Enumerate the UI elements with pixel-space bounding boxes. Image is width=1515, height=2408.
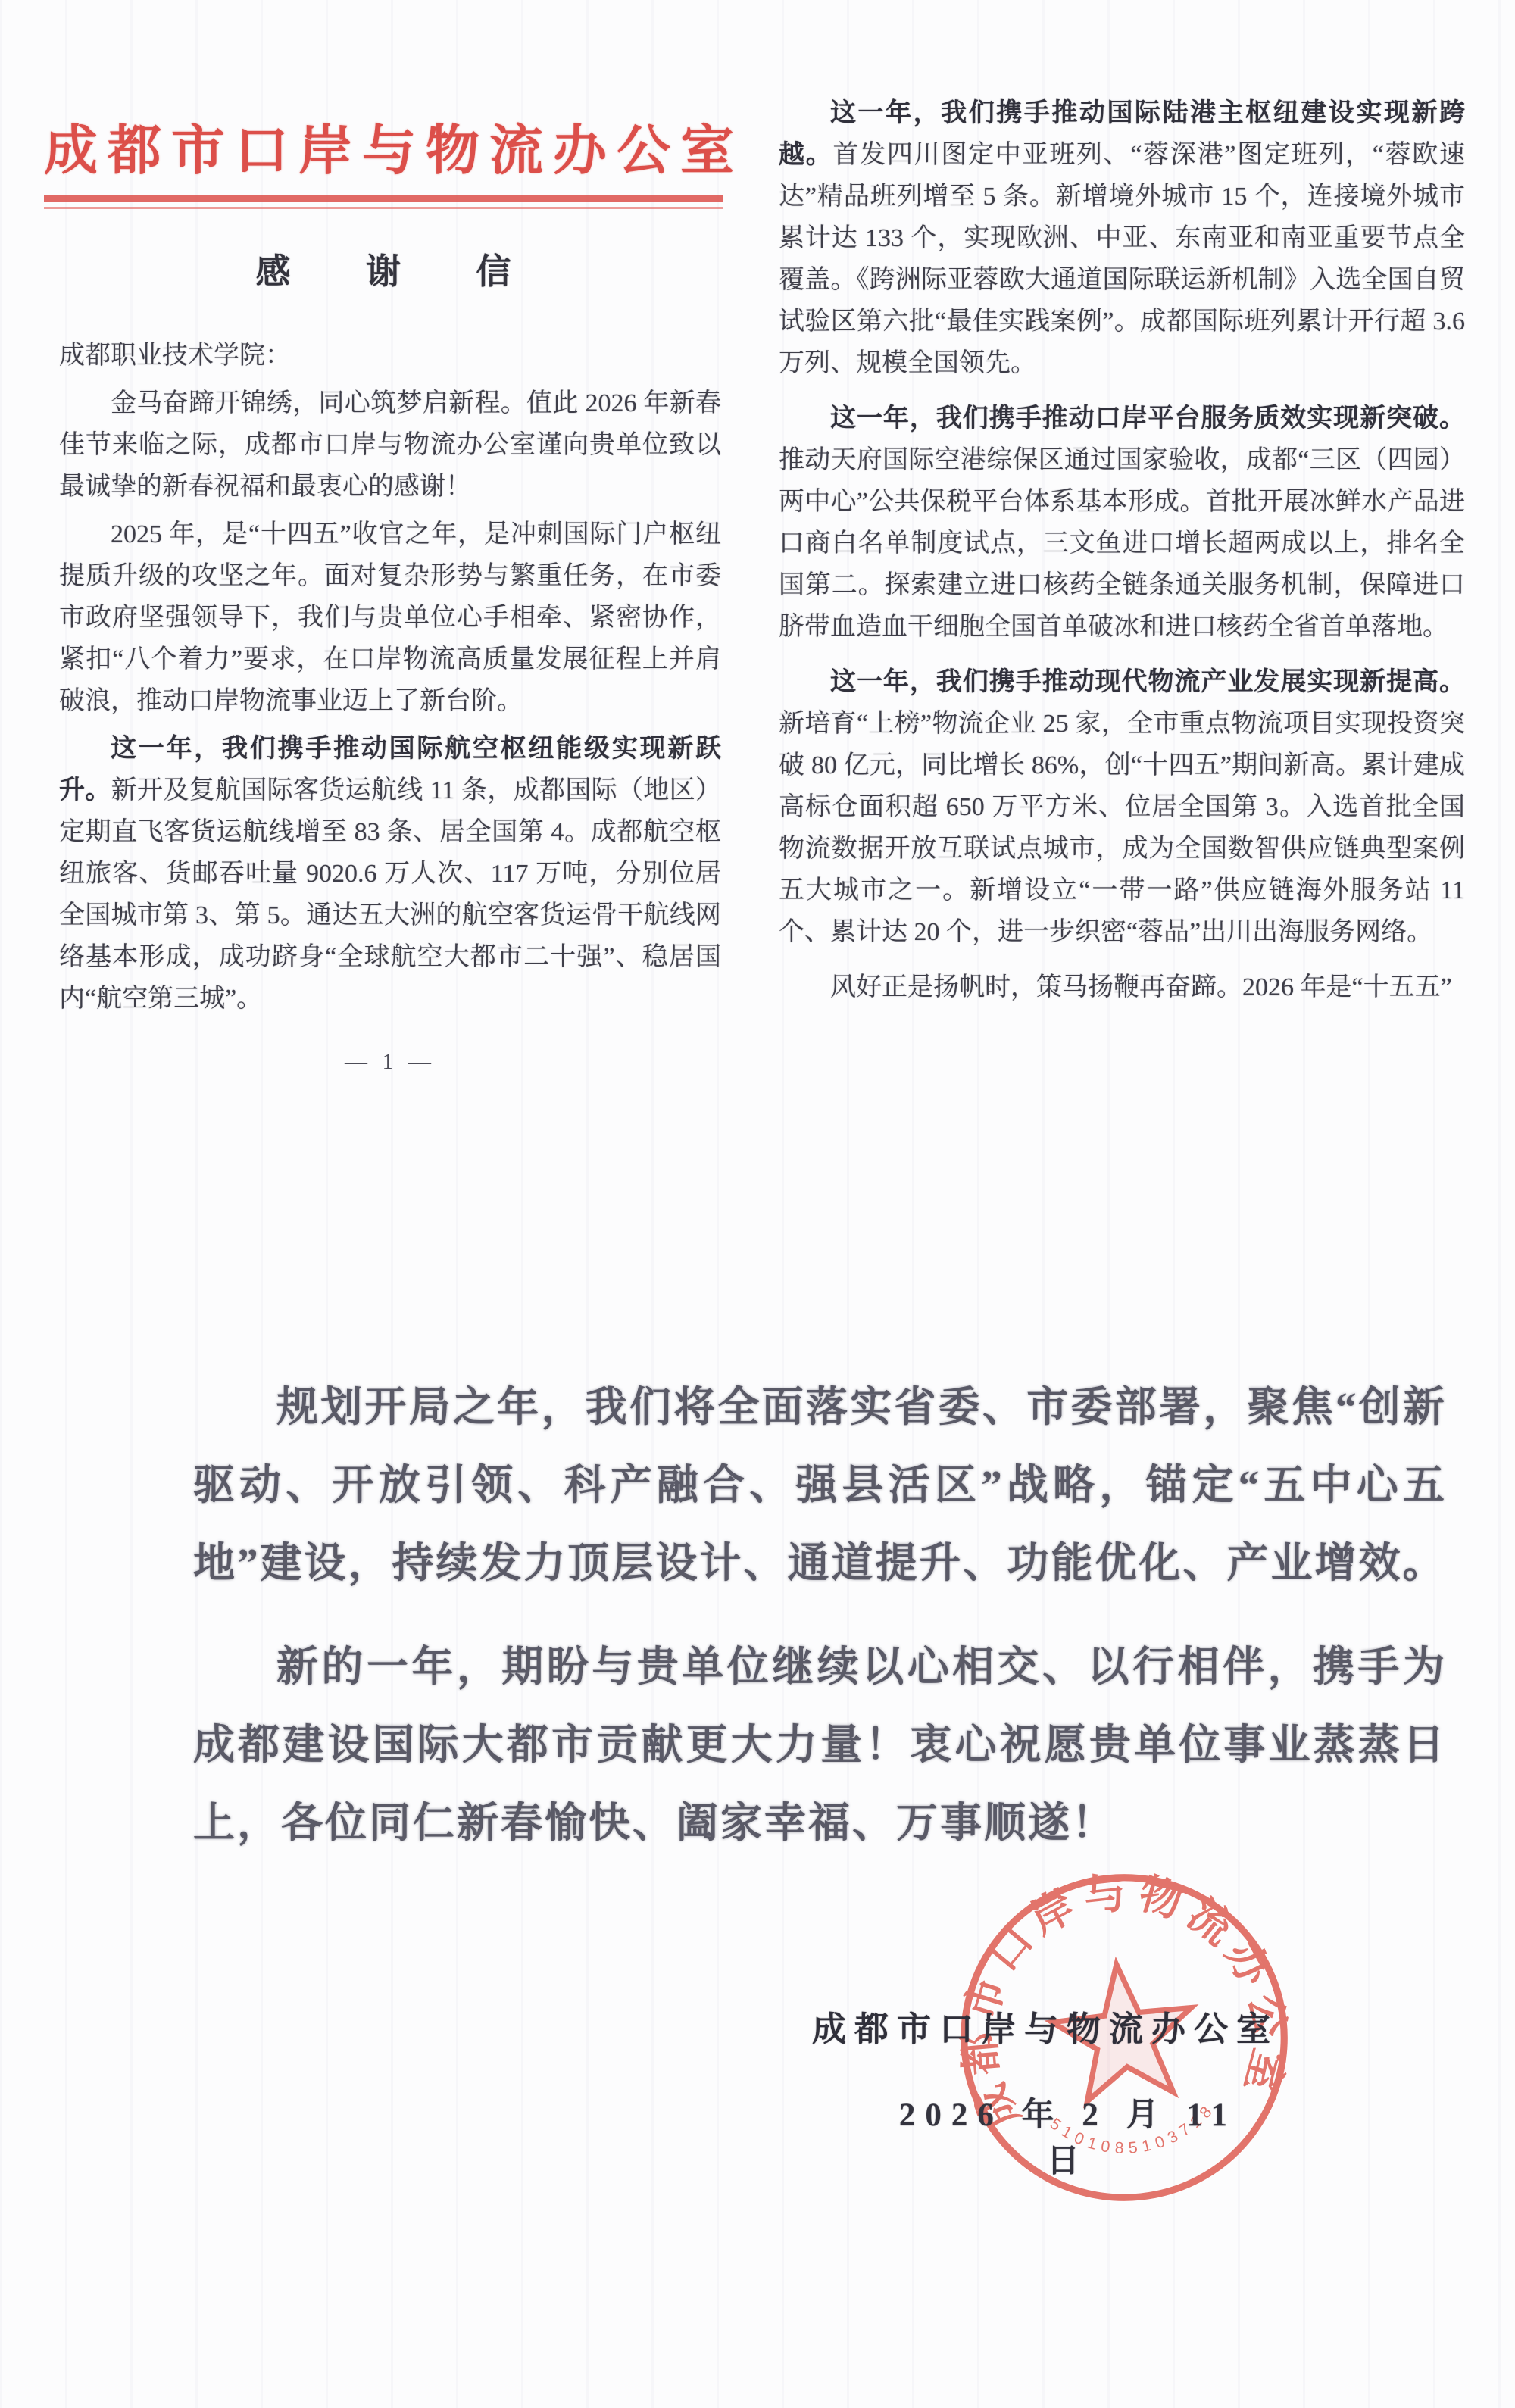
paragraph-text: 2025 年，是“十四五”收官之年，是冲刺国际门户枢纽提质升级的攻坚之年。面对复… — [59, 520, 721, 715]
paragraph-lead: 这一年，我们携手推动现代物流产业发展实现新提高。 — [830, 668, 1465, 696]
closing-paragraph: 新的一年，期盼与贵单位继续以心相交、以行相伴，携手为成都建设国际大都市贡献更大力… — [193, 1628, 1447, 1862]
paragraph: 这一年，我们携手推动国际航空枢纽能级实现新跃升。新开及复航国际客货运航线 11 … — [59, 728, 721, 1020]
salutation: 成都职业技术学院： — [59, 335, 721, 376]
document-title: 感 谢 信 — [44, 244, 723, 294]
paragraph: 这一年，我们携手推动现代物流产业发展实现新提高。新培育“上榜”物流企业 25 家… — [779, 661, 1465, 953]
paragraph-text: 金马奋蹄开锦绣，同心筑梦启新程。值此 2026 年新春佳节来临之际，成都市口岸与… — [59, 389, 721, 501]
letterhead-rule-thick — [44, 195, 723, 202]
paragraph-text: 新培育“上榜”物流企业 25 家，全市重点物流项目实现投资突破 80 亿元，同比… — [779, 710, 1465, 946]
paragraph-text: 首发四川图定中亚班列、“蓉深港”图定班列，“蓉欧速达”精品班列增至 5 条。新增… — [779, 141, 1465, 377]
closing-paragraph: 规划开局之年，我们将全面落实省委、市委部署，聚焦“创新驱动、开放引领、科产融合、… — [193, 1368, 1447, 1602]
page-number: — 1 — — [59, 1049, 721, 1075]
signature-date: 2026 年 2 月 11 日 — [871, 2089, 1265, 2182]
paragraph-text: 风好正是扬帆时，策马扬鞭再奋蹄。2026 年是“十五五” — [830, 973, 1452, 1001]
paragraph: 金马奋蹄开锦绣，同心筑梦启新程。值此 2026 年新春佳节来临之际，成都市口岸与… — [59, 383, 721, 508]
right-column: 这一年，我们携手推动国际陆港主枢纽建设实现新跨越。首发四川图定中亚班列、“蓉深港… — [779, 92, 1465, 1022]
paragraph-text: 新开及复航国际客货运航线 11 条，成都国际（地区）定期直飞客货运航线增至 83… — [59, 776, 721, 1013]
paragraph: 这一年，我们携手推动国际陆港主枢纽建设实现新跨越。首发四川图定中亚班列、“蓉深港… — [779, 92, 1465, 384]
paragraph: 风好正是扬帆时，策马扬鞭再奋蹄。2026 年是“十五五” — [779, 967, 1465, 1008]
paragraph-lead: 这一年，我们携手推动口岸平台服务质效实现新突破。 — [830, 404, 1465, 433]
signature-org: 成都市口岸与物流办公室 — [788, 2001, 1303, 2050]
paragraph: 这一年，我们携手推动口岸平台服务质效实现新突破。推动天府国际空港综保区通过国家验… — [779, 398, 1465, 648]
left-column: 成都职业技术学院： 金马奋蹄开锦绣，同心筑梦启新程。值此 2026 年新春佳节来… — [59, 335, 721, 1026]
paragraph: 2025 年，是“十四五”收官之年，是冲刺国际门户枢纽提质升级的攻坚之年。面对复… — [59, 514, 721, 722]
closing-section: 规划开局之年，我们将全面落实省委、市委部署，聚焦“创新驱动、开放引领、科产融合、… — [193, 1368, 1447, 1862]
paragraph-text: 推动天府国际空港综保区通过国家验收，成都“三区（四园）两中心”公共保税平台体系基… — [779, 446, 1465, 641]
letterhead-rule-thin — [44, 207, 723, 209]
letterhead-org-title: 成都市口岸与物流办公室 — [44, 108, 723, 185]
